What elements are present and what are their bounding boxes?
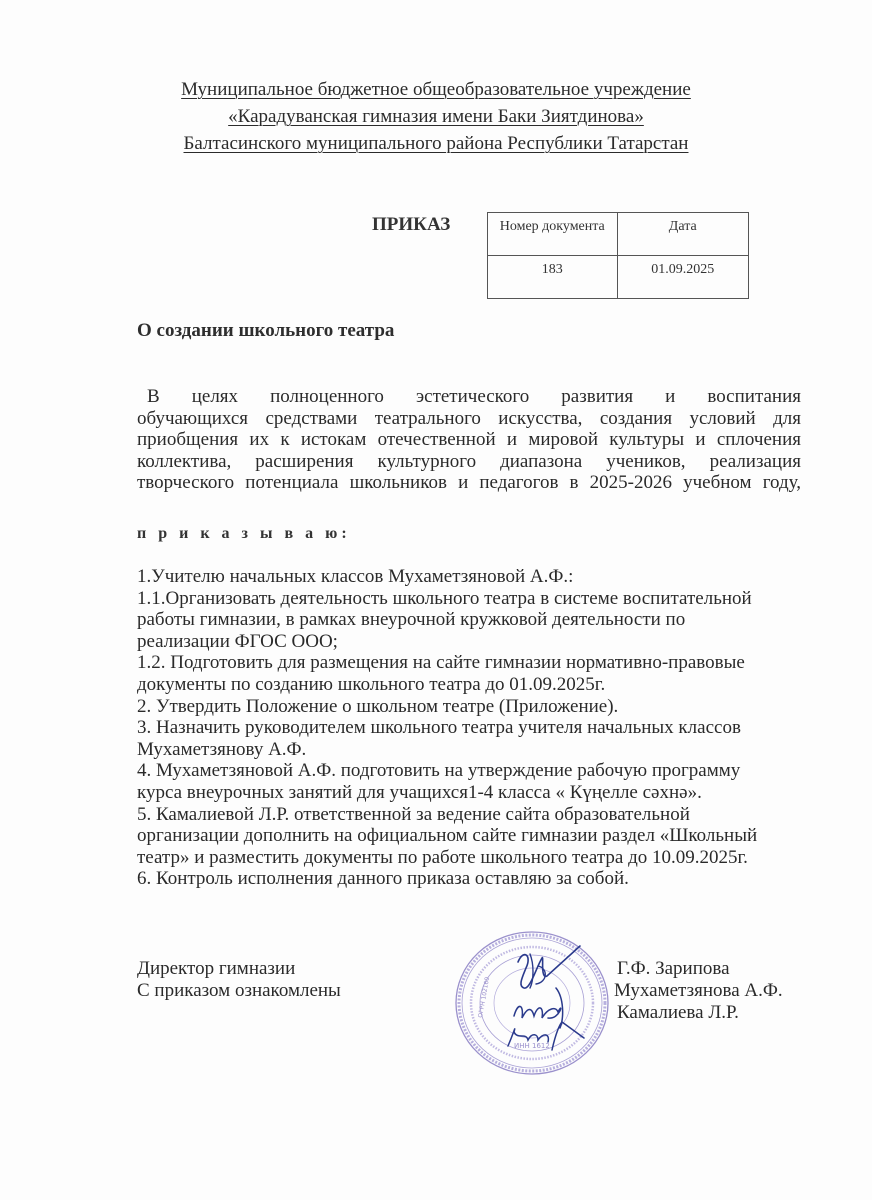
item-line: 6. Контроль исполнения данного приказа о… xyxy=(137,868,817,890)
item-line: Мухаметзянову А.Ф. xyxy=(137,739,817,761)
date-value: 01.09.2025 xyxy=(617,256,748,299)
table-header-row: Номер документа Дата xyxy=(488,213,749,256)
official-seal-stamp-icon: ИНН 1612 ОГРН 102160 xyxy=(452,928,614,1078)
item-line: 1.2. Подготовить для размещения на сайте… xyxy=(137,652,817,674)
item-line: работы гимназии, в рамках внеурочной кру… xyxy=(137,609,817,631)
director-name: Г.Ф. Зарипова xyxy=(614,958,783,980)
document-page: Муниципальное бюджетное общеобразователь… xyxy=(0,0,872,1200)
item-line: 1.1.Организовать деятельность школьного … xyxy=(137,588,817,610)
preamble-line: обучающихся средствами театрального иску… xyxy=(137,408,801,430)
item-line: курса внеурочных занятий для учащихся1-4… xyxy=(137,782,817,804)
institution-header: Муниципальное бюджетное общеобразователь… xyxy=(0,76,872,157)
svg-text:ОГРН 102160: ОГРН 102160 xyxy=(477,976,491,1018)
acknowledged-name-1: Мухаметзянова А.Ф. xyxy=(614,980,783,1002)
order-subject: О создании школьного театра xyxy=(137,320,394,342)
signature-labels: Директор гимназии С приказом ознакомлены xyxy=(137,958,341,1002)
header-date: Дата xyxy=(617,213,748,256)
header-doc-number: Номер документа xyxy=(488,213,618,256)
item-line: 3. Назначить руководителем школьного теа… xyxy=(137,717,817,739)
header-line-3: Балтасинского муниципального района Респ… xyxy=(184,133,689,154)
document-info-table: Номер документа Дата 183 01.09.2025 xyxy=(487,212,749,299)
item-line: 4. Мухаметзяновой А.Ф. подготовить на ут… xyxy=(137,760,817,782)
director-role: Директор гимназии xyxy=(137,958,341,980)
header-line-2: «Карадуванская гимназия имени Баки Зиятд… xyxy=(228,106,644,127)
doc-number-value: 183 xyxy=(488,256,618,299)
signature-names: Г.Ф. Зарипова Мухаметзянова А.Ф. Камалие… xyxy=(614,958,783,1024)
preamble-line: творческого потенциала школьников и педа… xyxy=(137,472,801,494)
order-items: 1.Учителю начальных классов Мухаметзянов… xyxy=(137,566,817,890)
preamble-line: приобщения их к истокам отечественной и … xyxy=(137,429,801,451)
item-line: организации дополнить на официальном сай… xyxy=(137,825,817,847)
item-line: 2. Утвердить Положение о школьном театре… xyxy=(137,696,817,718)
header-line-1: Муниципальное бюджетное общеобразователь… xyxy=(181,79,691,100)
item-line: реализации ФГОС ООО; xyxy=(137,631,817,653)
order-directive: п р и к а з ы в а ю: xyxy=(137,525,351,543)
preamble-paragraph: В целях полноценного эстетического разви… xyxy=(137,386,801,494)
item-line: театр» и разместить документы по работе … xyxy=(137,847,817,869)
acknowledged-name-2: Камалиева Л.Р. xyxy=(614,1002,783,1024)
item-line: документы по созданию школьного театра д… xyxy=(137,674,817,696)
preamble-line: коллектива, расширения культурного диапа… xyxy=(137,451,801,473)
document-type-title: ПРИКАЗ xyxy=(372,214,450,236)
item-line: 1.Учителю начальных классов Мухаметзянов… xyxy=(137,566,817,588)
acknowledged-label: С приказом ознакомлены xyxy=(137,980,341,1002)
table-row: 183 01.09.2025 xyxy=(488,256,749,299)
preamble-line: В целях полноценного эстетического разви… xyxy=(137,386,801,408)
item-line: 5. Камалиевой Л.Р. ответственной за веде… xyxy=(137,804,817,826)
stamp-inn-text: ИНН 1612 xyxy=(514,1042,550,1050)
